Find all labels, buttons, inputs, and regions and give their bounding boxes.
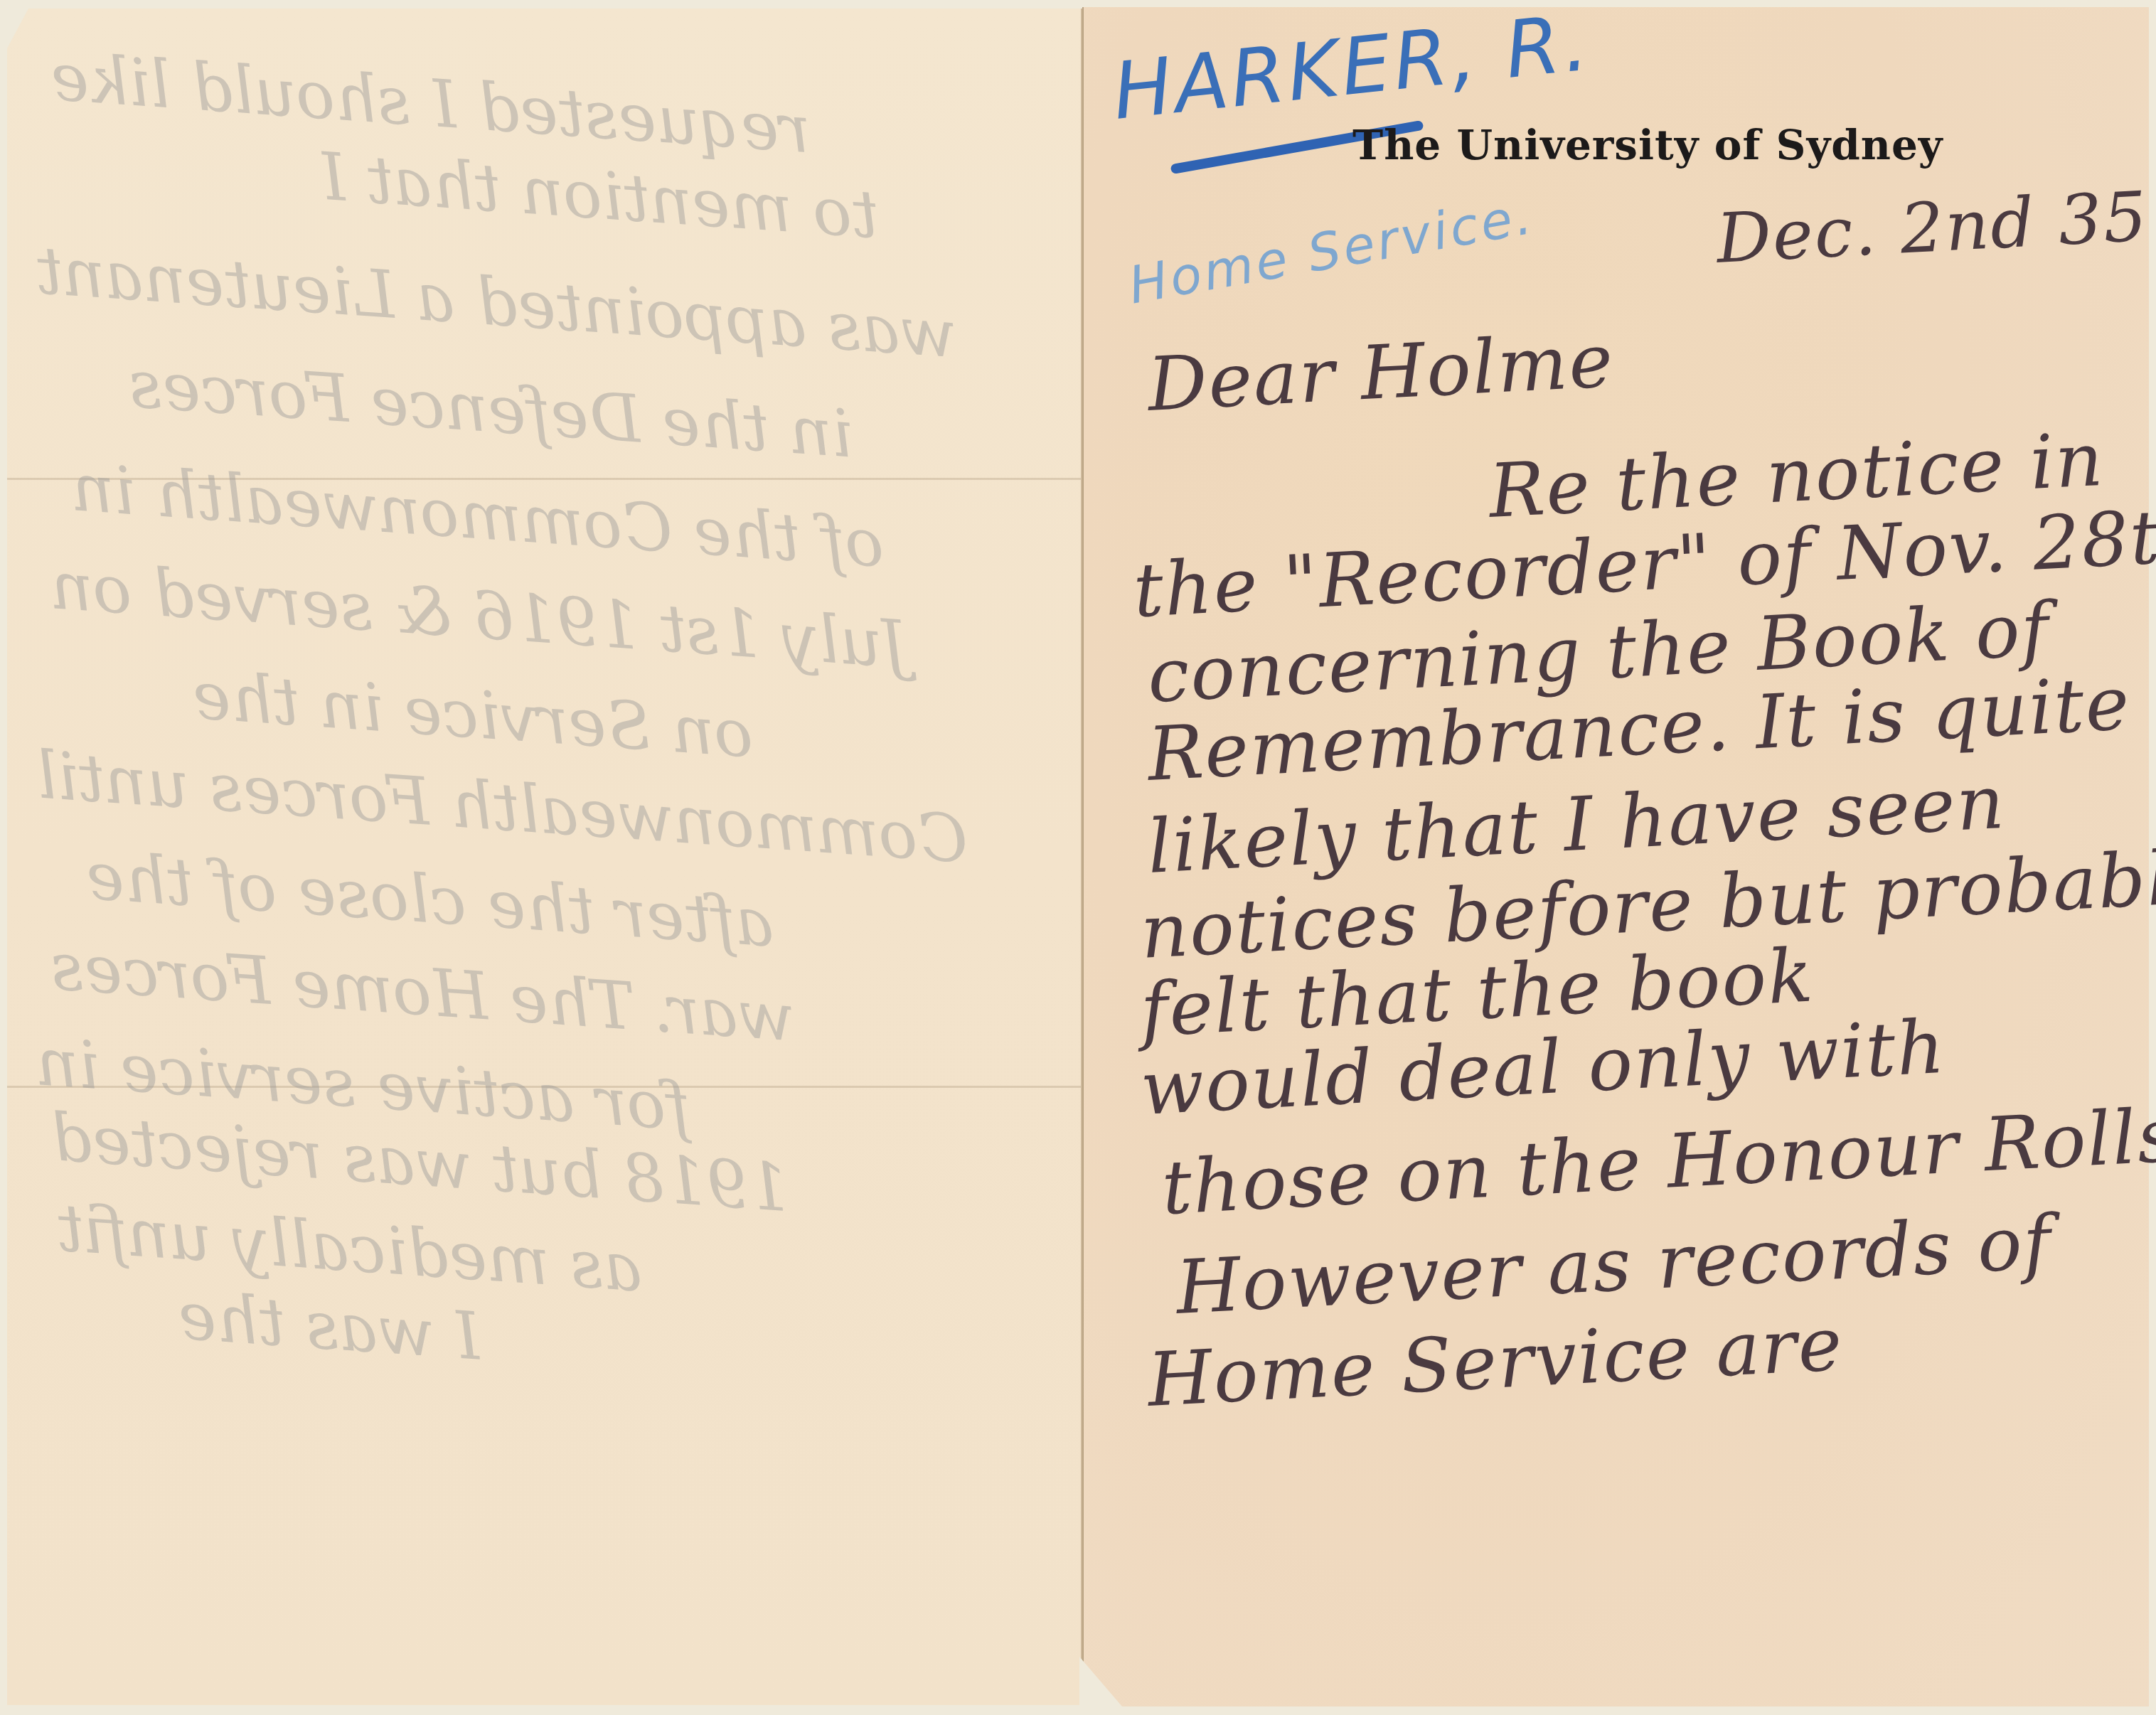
salutation: Dear Holme: [1146, 317, 1616, 428]
left-page-reverse-side: requested I should like to mention that …: [7, 9, 1082, 1705]
annotation-category: Home Service.: [1124, 186, 1538, 316]
letter-date: Dec. 2nd 35: [1714, 176, 2150, 279]
torn-corner: [1079, 1657, 1122, 1706]
annotation-name: HARKER, R.: [1109, 0, 1594, 137]
letterhead: The University of Sydney: [1352, 121, 1943, 169]
bleed-text-line: in the Defence Forces: [127, 346, 855, 473]
folded-corner: [7, 9, 28, 48]
right-page-letter: HARKER, R. Home Service. The University …: [1082, 7, 2149, 1706]
